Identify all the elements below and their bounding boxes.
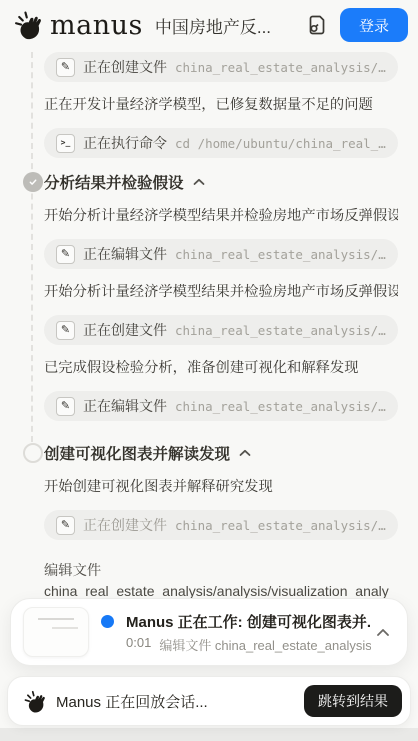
header: manus 中国房地产反... 登录 xyxy=(0,0,418,50)
tool-pill-label: 正在创建文件 xyxy=(83,57,167,77)
tool-pill-create-file[interactable]: ✎ 正在创建文件 china_real_estate_analysis/… xyxy=(44,52,398,82)
timeline-connector xyxy=(31,52,33,442)
tool-pill-label: 正在执行命令 xyxy=(83,133,167,153)
status-title: Manus 正在工作: 创建可视化图表并... xyxy=(126,611,371,632)
working-spinner-icon xyxy=(101,615,114,628)
elapsed-time: 0:01 xyxy=(126,635,151,654)
session-title: 中国房地产反... xyxy=(155,13,302,38)
tool-pill-row: ✎ 正在创建文件 china_real_estate_analysis/… xyxy=(44,52,398,82)
tool-pill-path: china_real_estate_analysis/… xyxy=(175,399,386,414)
chevron-up-icon xyxy=(193,178,205,186)
login-button[interactable]: 登录 xyxy=(340,8,408,42)
file-edit-icon: ✎ xyxy=(56,516,75,535)
tool-pill-create-file[interactable]: ✎ 正在创建文件 china_real_estate_analysis/… xyxy=(44,315,398,345)
replay-bar: Manus 正在回放会话... 跳转到结果 xyxy=(7,676,411,726)
chevron-up-icon xyxy=(239,449,251,457)
section-title: 分析结果并检验假设 xyxy=(44,171,184,193)
tool-pill-path: china_real_estate_analysis/… xyxy=(175,323,386,338)
agent-message: 开始分析计量经济学模型结果并检验房地产市场反弹假设 xyxy=(44,282,398,302)
status-subtitle: 0:01 编辑文件 china_real_estate_analysis xyxy=(126,635,371,654)
manus-logo-icon xyxy=(22,688,48,714)
jump-to-result-button[interactable]: 跳转到结果 xyxy=(304,685,402,717)
section-title: 创建可视化图表并解读发现 xyxy=(44,442,230,464)
tool-pill-label: 正在创建文件 xyxy=(83,320,167,340)
section-header-visualize[interactable]: 创建可视化图表并解读发现 xyxy=(44,442,398,464)
agent-message: 开始创建可视化图表并解释研究发现 xyxy=(44,477,398,497)
status-text-block: Manus 正在工作: 创建可视化图表并... 0:01 编辑文件 china_… xyxy=(101,611,371,654)
agent-message: 正在开发计量经济学模型，已修复数据量不足的问题 xyxy=(44,95,398,115)
manus-logo-icon[interactable] xyxy=(12,8,46,42)
file-edit-icon: ✎ xyxy=(56,321,75,340)
tool-pill-create-file[interactable]: ✎ 正在创建文件 china_real_estate_analysis/… xyxy=(44,510,398,540)
current-action: 编辑文件 china_real_estate_analysis xyxy=(159,635,371,654)
brand-wordmark: manus xyxy=(50,10,143,41)
tool-pill-row: ✎ 正在编辑文件 china_real_estate_analysis/… xyxy=(44,391,398,421)
tool-pill-row: ✎ 正在创建文件 china_real_estate_analysis/… xyxy=(44,510,398,540)
bottom-strip xyxy=(0,728,418,741)
tool-pill-edit-file[interactable]: ✎ 正在编辑文件 china_real_estate_analysis/… xyxy=(44,239,398,269)
tool-pill-label: 正在创建文件 xyxy=(83,515,167,535)
edit-file-block: 编辑文件 china_real_estate_analysis/analysis… xyxy=(44,561,398,601)
view-file-icon[interactable] xyxy=(302,10,332,40)
tool-pill-label: 正在编辑文件 xyxy=(83,396,167,416)
file-edit-icon: ✎ xyxy=(56,245,75,264)
tool-pill-path: china_real_estate_analysis/… xyxy=(175,518,386,533)
replay-status-text: Manus 正在回放会话... xyxy=(56,691,304,712)
tool-pill-run-command[interactable]: >_ 正在执行命令 cd /home/ubuntu/china_real_… xyxy=(44,128,398,158)
tool-pill-path: china_real_estate_analysis/… xyxy=(175,60,386,75)
tool-pill-row: ✎ 正在创建文件 china_real_estate_analysis/… xyxy=(44,315,398,345)
working-status-card[interactable]: Manus 正在工作: 创建可视化图表并... 0:01 编辑文件 china_… xyxy=(10,598,408,666)
agent-message: 开始分析计量经济学模型结果并检验房地产市场反弹假设 xyxy=(44,206,398,226)
thumbnail-line xyxy=(52,627,78,629)
agent-message: 已完成假设检验分析，准备创建可视化和解释发现 xyxy=(44,358,398,378)
file-edit-icon: ✎ xyxy=(56,58,75,77)
check-circle-icon xyxy=(23,172,43,192)
manus-app: manus 中国房地产反... 登录 ✎ 正在创建文件 china_real_e… xyxy=(0,0,418,741)
collapse-chevron-icon[interactable] xyxy=(371,620,395,644)
tool-pill-path: cd /home/ubuntu/china_real_… xyxy=(175,136,386,151)
tool-pill-row: ✎ 正在编辑文件 china_real_estate_analysis/… xyxy=(44,239,398,269)
tool-pill-path: china_real_estate_analysis/… xyxy=(175,247,386,262)
task-preview-thumbnail[interactable] xyxy=(23,607,89,657)
tool-pill-label: 正在编辑文件 xyxy=(83,244,167,264)
section-header-analyze[interactable]: 分析结果并检验假设 xyxy=(44,171,398,193)
terminal-icon: >_ xyxy=(56,134,75,153)
file-edit-icon: ✎ xyxy=(56,397,75,416)
tool-pill-row: >_ 正在执行命令 cd /home/ubuntu/china_real_… xyxy=(44,128,398,158)
tool-pill-edit-file[interactable]: ✎ 正在编辑文件 china_real_estate_analysis/… xyxy=(44,391,398,421)
edit-file-action: 编辑文件 xyxy=(44,561,398,581)
pending-circle-icon xyxy=(23,443,43,463)
thumbnail-line xyxy=(38,618,74,620)
